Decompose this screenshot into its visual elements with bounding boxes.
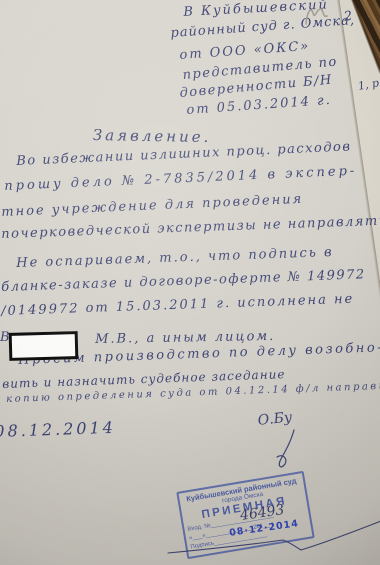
document-title: Заявление. — [93, 126, 212, 146]
redaction-box — [9, 331, 79, 361]
